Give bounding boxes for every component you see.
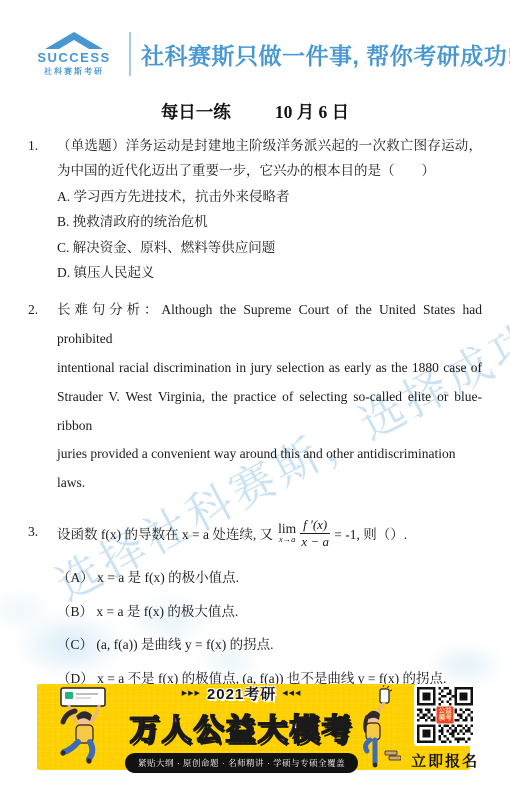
question-2: 2. 长难句分析：Although the Supreme Court of t…	[28, 296, 482, 498]
question-3: 3. 设函数 f(x) 的导数在 x = a 处连续, 又 lim x→a f …	[28, 512, 482, 695]
brand-logo: SUCCESS 社科赛斯考研	[28, 32, 120, 77]
brand-name: SUCCESS	[37, 50, 110, 65]
question-2-line-3: Strauder V. West Virginia, the practice …	[57, 383, 482, 441]
qr-badge-line-2: 模考	[439, 715, 452, 723]
banner-year-label: 2021考研	[207, 683, 276, 704]
question-list: 1. （单选题）洋务运动是封建地主阶级洋务派兴起的一次救亡图存运动，为中国的近代…	[28, 133, 482, 695]
question-3-number: 3.	[28, 512, 57, 695]
question-2-line-2: intentional racial discrimination in jur…	[57, 354, 482, 383]
question-1-option-d: D. 镇压人民起义	[57, 260, 482, 285]
question-2-line-4: juries provided a convenient way around …	[57, 440, 482, 498]
banner-top-row: ▶▶▶ 2021考研 ◀◀◀	[182, 683, 302, 704]
question-3-stem: 设函数 f(x) 的导数在 x = a 处连续, 又 lim x→a f ′(x…	[57, 512, 482, 554]
question-3-option-a: （A） x = a 是 f(x) 的极小值点.	[57, 561, 482, 595]
header-slogan: 社科赛斯只做一件事, 帮你考研成功!	[141, 38, 510, 71]
question-1-option-a: A. 学习西方先进技术，抗击外来侵略者	[57, 184, 482, 209]
banner-center: ▶▶▶ 2021考研 ◀◀◀ 万人公益大模考 紧贴大纲 · 原创命题 · 名师精…	[125, 684, 358, 770]
banner-feature-pill: 紧贴大纲 · 原创命题 · 名师精讲 · 学硕与专硕全覆盖	[125, 753, 358, 773]
roof-icon	[45, 32, 103, 49]
title-name: 每日一练	[161, 102, 231, 122]
question-3-stem-before: 设函数 f(x) 的导数在 x = a 处连续, 又	[57, 523, 273, 543]
arrows-left-icon: ◀◀◀	[282, 690, 301, 698]
right-mascot-illustration	[358, 684, 402, 770]
page-title: 每日一练10 月 6 日	[0, 99, 510, 124]
qr-column: 公益 模考 立即报名	[402, 684, 488, 770]
qr-center-badge: 公益 模考	[436, 705, 455, 724]
promo-banner: ▶▶▶ 2021考研 ◀◀◀ 万人公益大模考 紧贴大纲 · 原创命题 · 名师精…	[37, 684, 470, 770]
limit-notation: lim x→a	[278, 522, 296, 544]
question-2-number: 2.	[28, 296, 57, 498]
question-1-number: 1.	[28, 133, 57, 285]
banner-title: 万人公益大模考	[130, 705, 354, 749]
left-mascot-illustration	[37, 684, 125, 770]
arrows-right-icon: ▶▶▶	[182, 690, 201, 698]
brand-subtitle: 社科赛斯考研	[44, 66, 104, 77]
title-date: 10 月 6 日	[275, 102, 349, 122]
question-2-label: 长难句分析：	[57, 302, 161, 317]
question-1: 1. （单选题）洋务运动是封建地主阶级洋务派兴起的一次救亡图存运动，为中国的近代…	[28, 133, 482, 285]
question-1-option-c: C. 解决资金、原料、燃料等供应问题	[57, 235, 482, 260]
fraction: f ′(x) x − a	[300, 518, 330, 549]
lim-subscript: x→a	[279, 535, 296, 544]
question-3-stem-after: = -1, 则（）.	[334, 523, 407, 543]
signup-cta-button[interactable]: 立即报名	[411, 750, 479, 771]
question-1-option-b: B. 挽救清政府的统治危机	[57, 209, 482, 234]
qr-code[interactable]: 公益 模考	[414, 684, 476, 746]
question-1-stem: （单选题）洋务运动是封建地主阶级洋务派兴起的一次救亡图存运动，为中国的近代化迈出…	[57, 133, 482, 184]
question-3-option-c: （C） (a, f(a)) 是曲线 y = f(x) 的拐点.	[57, 628, 482, 662]
page-header: SUCCESS 社科赛斯考研 社科赛斯只做一件事, 帮你考研成功!	[28, 28, 484, 80]
fraction-denominator: x − a	[301, 534, 329, 549]
fraction-numerator: f ′(x)	[300, 518, 330, 534]
header-divider	[129, 32, 131, 76]
qr-badge-line-1: 公益	[439, 707, 452, 715]
question-3-option-b: （B） x = a 是 f(x) 的极大值点.	[57, 595, 482, 629]
question-2-line-1: 长难句分析：Although the Supreme Court of the …	[57, 296, 482, 354]
